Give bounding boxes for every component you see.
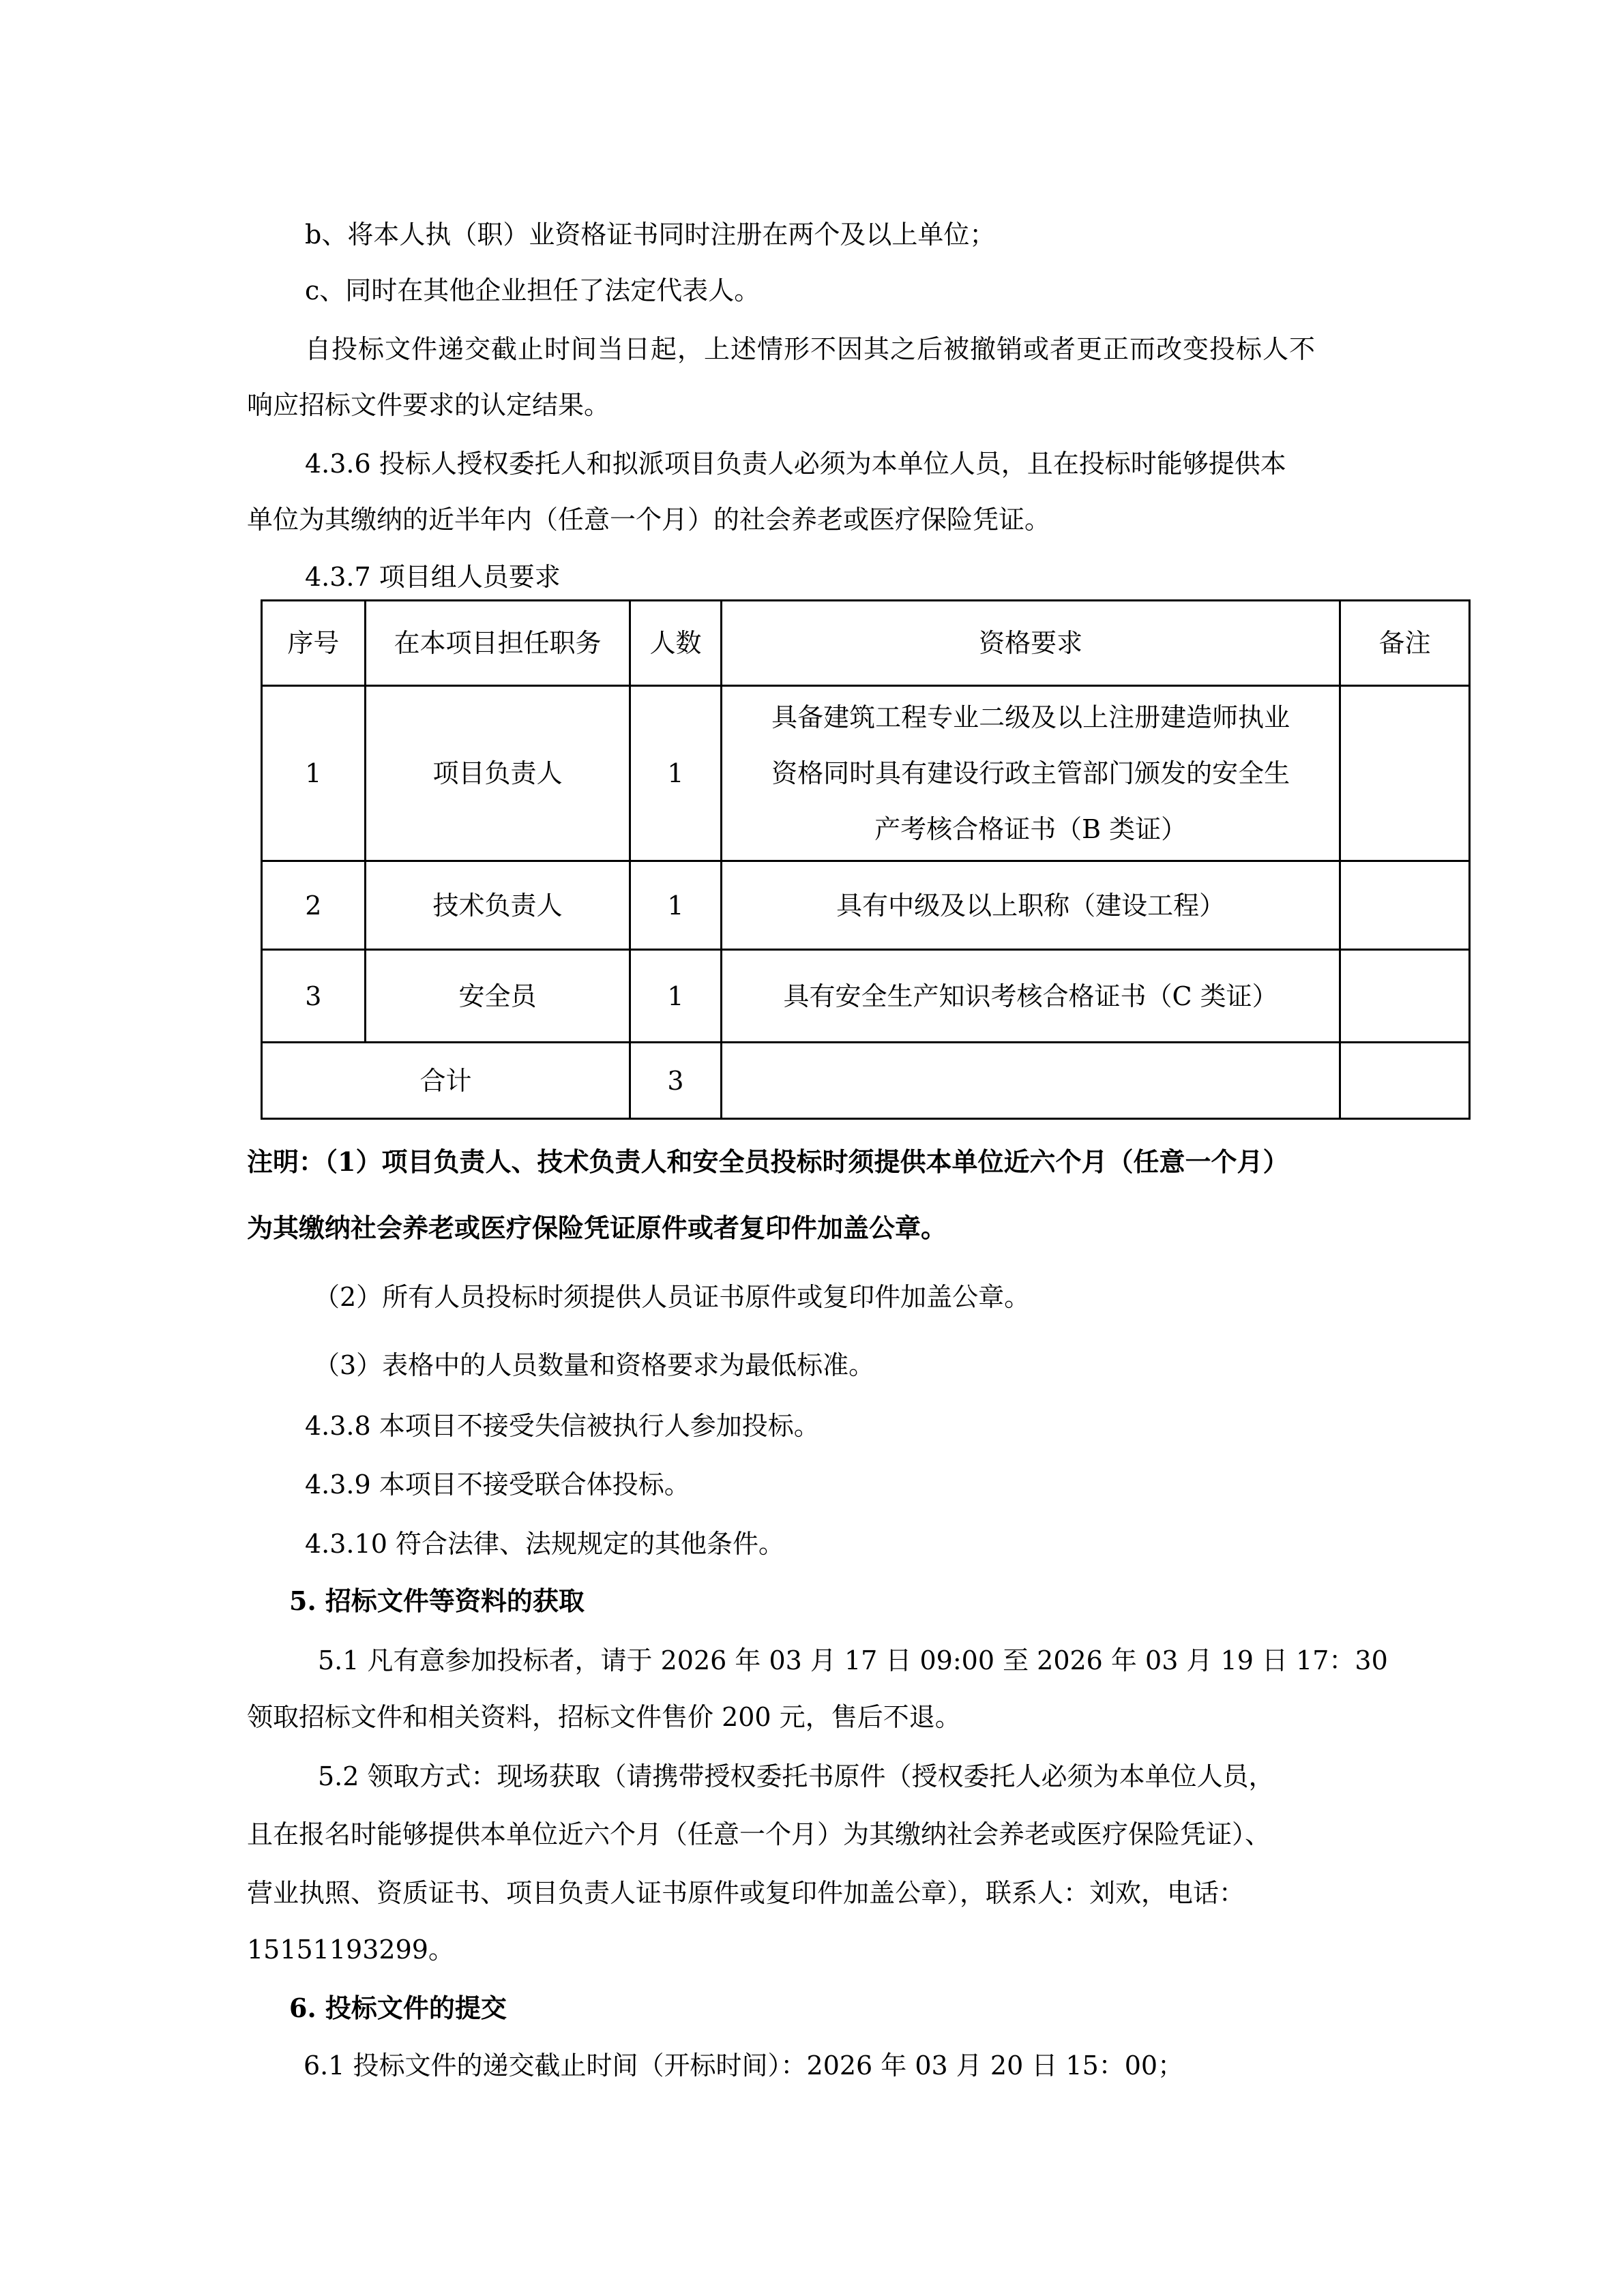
header-cell: 备注 xyxy=(1340,601,1470,686)
requirement-line: 产考核合格证书（B 类证） xyxy=(729,801,1332,857)
cell-total-count: 3 xyxy=(630,1043,722,1119)
contact-phone: 15151193299。 xyxy=(247,1933,454,1966)
staff-requirements-table: 序号 在本项目担任职务 人数 资格要求 备注 1 项目负责人 1 具备建筑工程专… xyxy=(261,599,1471,1120)
section-5-2: 5.2 领取方式：现场获取（请携带授权委托书原件（授权委托人必须为本单位人员， xyxy=(318,1760,1275,1793)
note-1-cont: 为其缴纳社会养老或医疗保险凭证原件或者复印件加盖公章。 xyxy=(247,1212,947,1244)
section-5-2-cont: 且在报名时能够提供本单位近六个月（任意一个月）为其缴纳社会养老或医疗保险凭证）、 xyxy=(247,1818,1271,1851)
requirement-line: 资格同时具有建设行政主管部门颁发的安全生 xyxy=(729,745,1332,801)
header-cell: 序号 xyxy=(262,601,366,686)
note-2: （2）所有人员投标时须提供人员证书原件或复印件加盖公章。 xyxy=(314,1281,1030,1313)
cell-no: 1 xyxy=(262,686,366,861)
header-cell: 在本项目担任职务 xyxy=(365,601,630,686)
section-5-1: 5.1 凡有意参加投标者，请于 2026 年 03 月 17 日 09:00 至… xyxy=(318,1644,1388,1677)
cell-role: 项目负责人 xyxy=(365,686,630,861)
note-1: 注明：（1）项目负责人、技术负责人和安全员投标时须提供本单位近六个月（任意一个月… xyxy=(247,1146,1288,1178)
section-4-3-8: 4.3.8 本项目不接受失信被执行人参加投标。 xyxy=(305,1410,820,1442)
cell-requirement: 具有中级及以上职称（建设工程） xyxy=(721,861,1340,950)
table-total-row: 合计 3 xyxy=(262,1043,1470,1119)
paragraph-line: 响应招标文件要求的认定结果。 xyxy=(247,389,610,421)
section-4-3-10: 4.3.10 符合法律、法规规定的其他条件。 xyxy=(305,1527,784,1560)
heading-6: 6. 投标文件的提交 xyxy=(289,1992,507,2025)
cell-count: 1 xyxy=(630,861,722,950)
section-4-3-6: 4.3.6 投标人授权委托人和拟派项目负责人必须为本单位人员，且在投标时能够提供… xyxy=(305,447,1286,480)
section-4-3-7: 4.3.7 项目组人员要求 xyxy=(305,561,561,593)
header-cell: 资格要求 xyxy=(721,601,1340,686)
table-row: 2 技术负责人 1 具有中级及以上职称（建设工程） xyxy=(262,861,1470,950)
section-4-3-9: 4.3.9 本项目不接受联合体投标。 xyxy=(305,1468,690,1501)
cell-total-label: 合计 xyxy=(262,1043,630,1119)
cell-requirement xyxy=(721,1043,1340,1119)
cell-note xyxy=(1340,950,1470,1043)
clause-c: c、同时在其他企业担任了法定代表人。 xyxy=(305,274,760,307)
requirement-line: 具备建筑工程专业二级及以上注册建造师执业 xyxy=(729,689,1332,745)
cell-no: 2 xyxy=(262,861,366,950)
section-5-1-cont: 领取招标文件和相关资料，招标文件售价 200 元，售后不退。 xyxy=(247,1701,961,1733)
paragraph-line: 自投标文件递交截止时间当日起，上述情形不因其之后被撤销或者更正而改变投标人不 xyxy=(305,333,1316,366)
section-6-1: 6.1 投标文件的递交截止时间（开标时间）：2026 年 03 月 20 日 1… xyxy=(304,2049,1183,2082)
cell-note xyxy=(1340,1043,1470,1119)
section-5-2-cont: 营业执照、资质证书、项目负责人证书原件或复印件加盖公章），联系人：刘欢，电话： xyxy=(247,1877,1245,1909)
cell-count: 1 xyxy=(630,950,722,1043)
table-row: 3 安全员 1 具有安全生产知识考核合格证书（C 类证） xyxy=(262,950,1470,1043)
cell-count: 1 xyxy=(630,686,722,861)
clause-b: b、将本人执（职）业资格证书同时注册在两个及以上单位； xyxy=(305,218,995,251)
table-row: 1 项目负责人 1 具备建筑工程专业二级及以上注册建造师执业 资格同时具有建设行… xyxy=(262,686,1470,861)
cell-note xyxy=(1340,861,1470,950)
section-4-3-6-cont: 单位为其缴纳的近半年内（任意一个月）的社会养老或医疗保险凭证。 xyxy=(247,503,1050,536)
cell-role: 技术负责人 xyxy=(365,861,630,950)
cell-role: 安全员 xyxy=(365,950,630,1043)
cell-note xyxy=(1340,686,1470,861)
header-cell: 人数 xyxy=(630,601,722,686)
cell-requirement: 具备建筑工程专业二级及以上注册建造师执业 资格同时具有建设行政主管部门颁发的安全… xyxy=(721,686,1340,861)
table-header-row: 序号 在本项目担任职务 人数 资格要求 备注 xyxy=(262,601,1470,686)
heading-5: 5. 招标文件等资料的获取 xyxy=(289,1585,585,1617)
cell-requirement: 具有安全生产知识考核合格证书（C 类证） xyxy=(721,950,1340,1043)
cell-no: 3 xyxy=(262,950,366,1043)
note-3: （3）表格中的人员数量和资格要求为最低标准。 xyxy=(314,1349,874,1382)
